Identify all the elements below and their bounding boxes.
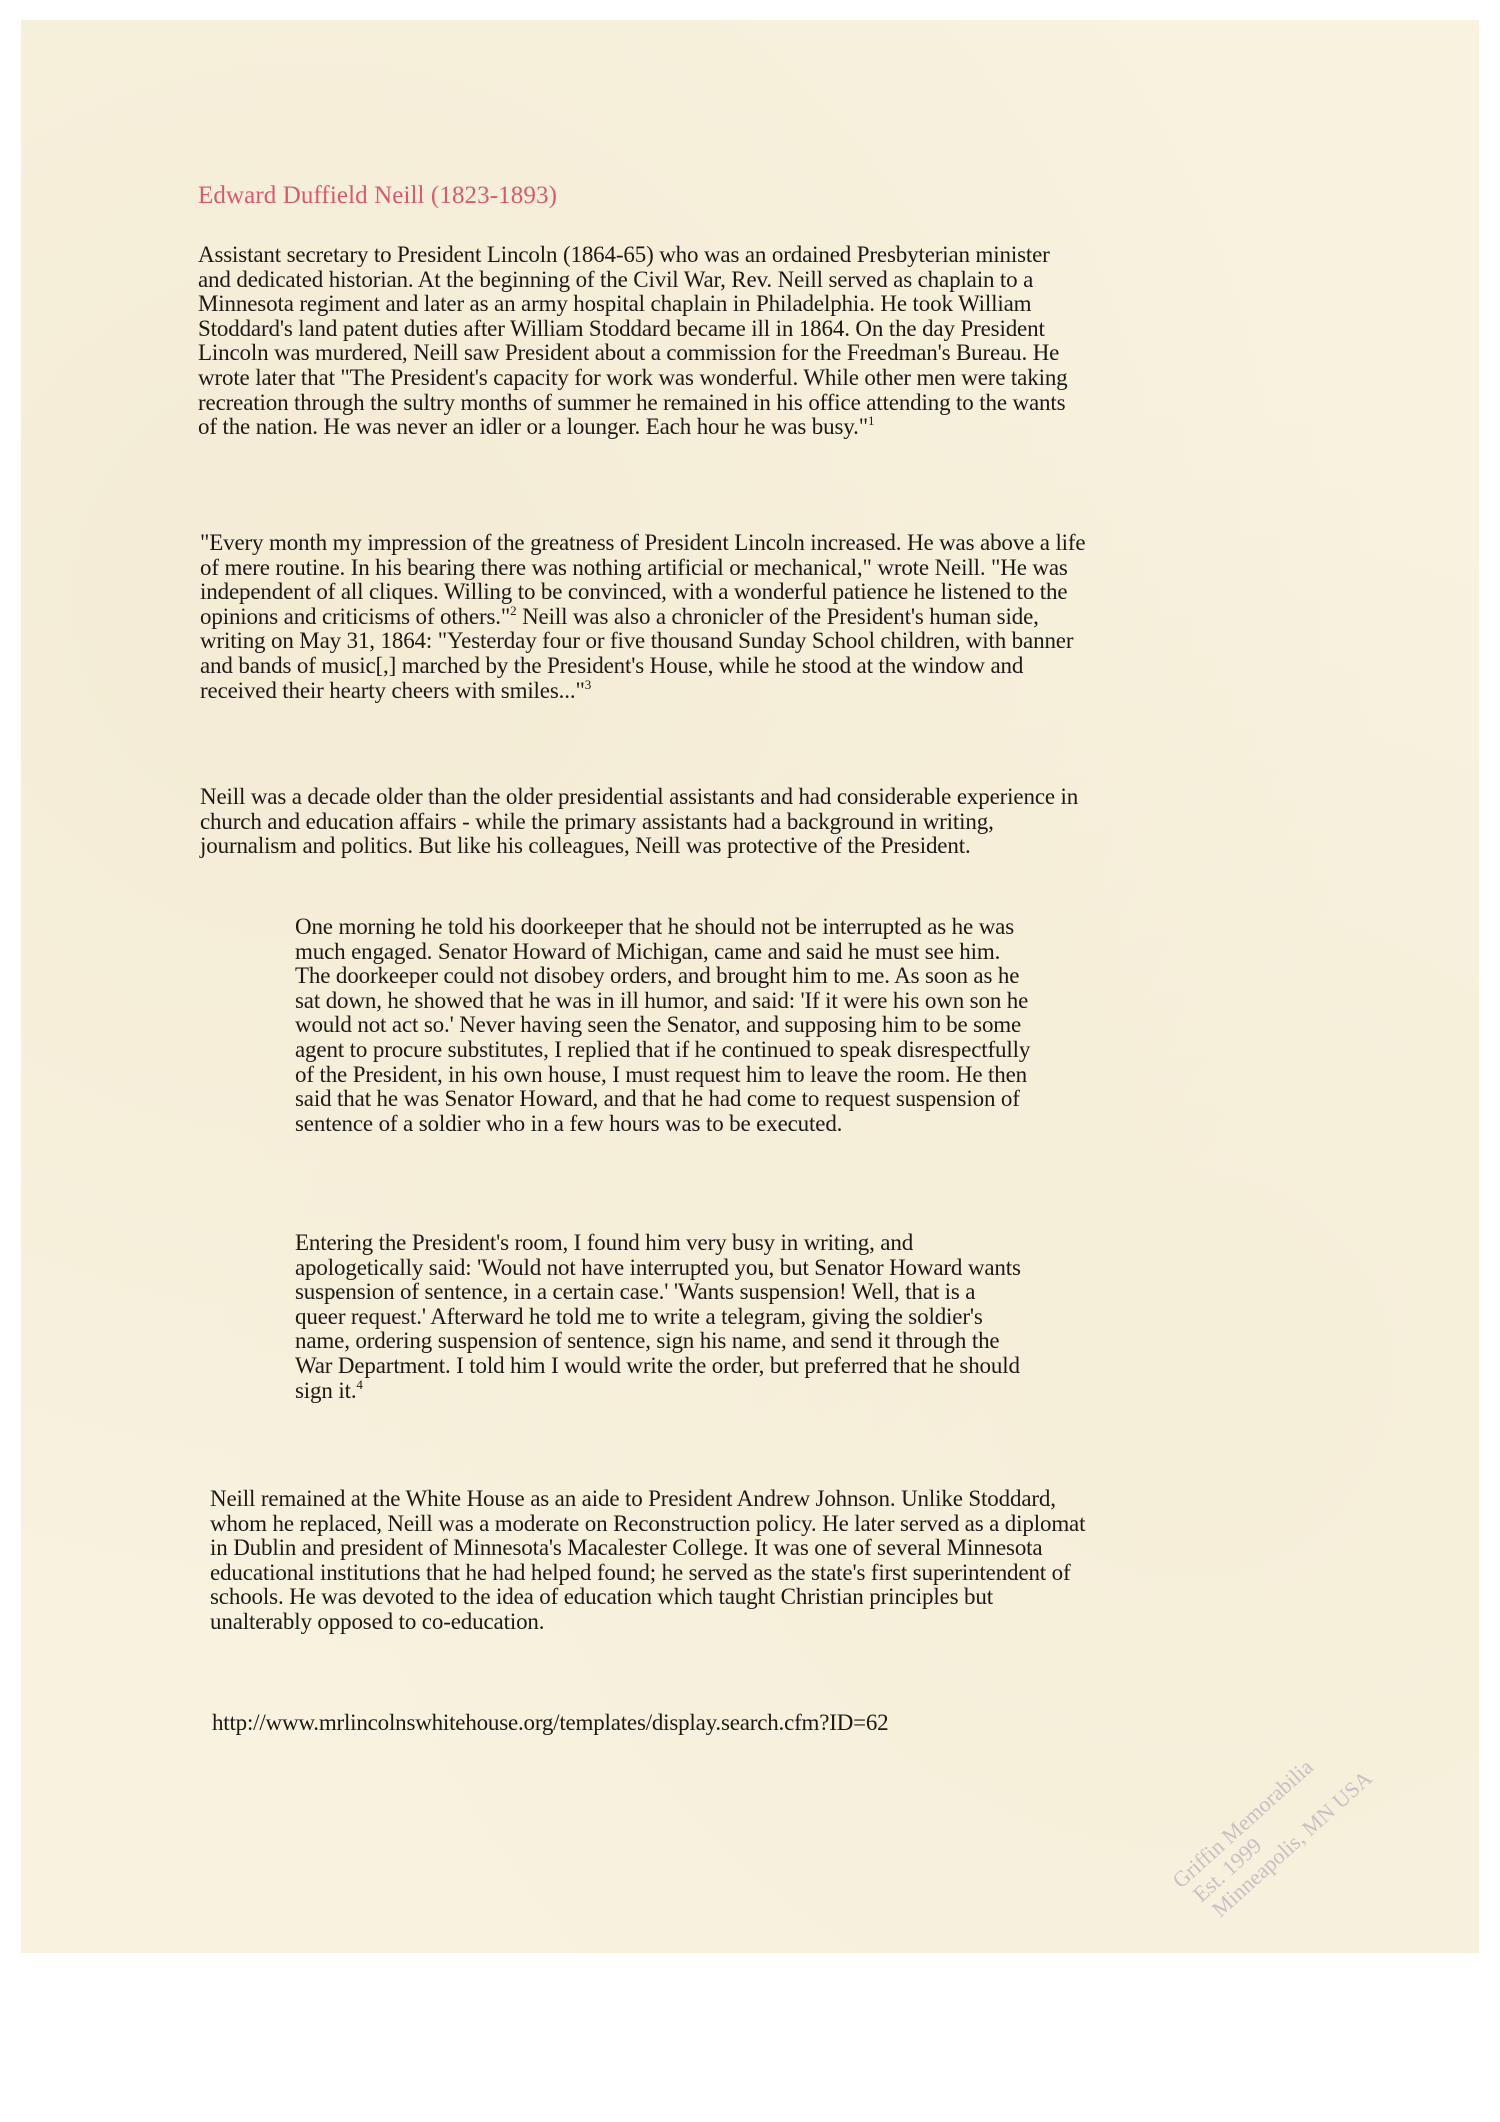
text-line: in Dublin and president of Minnesota's M… bbox=[210, 1536, 1085, 1561]
text-segment: Neill was also a chronicler of the Presi… bbox=[516, 604, 1038, 629]
text-line: wrote later that "The President's capaci… bbox=[198, 366, 1068, 391]
text-line: The doorkeeper could not disobey orders,… bbox=[295, 964, 1030, 989]
blockquote-doorkeeper: One morning he told his doorkeeper that … bbox=[295, 915, 1030, 1136]
footnote-marker: 1 bbox=[868, 413, 874, 428]
memorabilia-stamp: Griffin Memorabilia Est. 1999 Minneapoli… bbox=[1150, 1700, 1410, 1890]
text-line: Stoddard's land patent duties after Will… bbox=[198, 317, 1068, 342]
text-line: of the nation. He was never an idler or … bbox=[198, 415, 1068, 440]
text-line: would not act so.' Never having seen the… bbox=[295, 1013, 1030, 1038]
blockquote-presidents-room: Entering the President's room, I found h… bbox=[295, 1231, 1021, 1403]
paragraph-later-career: Neill remained at the White House as an … bbox=[210, 1487, 1085, 1635]
text-line: One morning he told his doorkeeper that … bbox=[295, 915, 1030, 940]
paragraph-background: Neill was a decade older than the older … bbox=[200, 785, 1078, 859]
text-line: educational institutions that he had hel… bbox=[210, 1561, 1085, 1586]
text-line: recreation through the sultry months of … bbox=[198, 391, 1068, 416]
text-line: "Every month my impression of the greatn… bbox=[200, 531, 1086, 556]
text-line: said that he was Senator Howard, and tha… bbox=[295, 1087, 1030, 1112]
text-segment: sign it. bbox=[295, 1378, 356, 1403]
footnote-marker: 4 bbox=[356, 1377, 362, 1392]
stamp-line-est: Est. 1999 bbox=[1184, 1748, 1361, 1910]
text-line: Entering the President's room, I found h… bbox=[295, 1231, 1021, 1256]
text-line: of the President, in his own house, I mu… bbox=[295, 1063, 1030, 1088]
text-segment: received their hearty cheers with smiles… bbox=[200, 678, 585, 703]
source-url: http://www.mrlincolnswhitehouse.org/temp… bbox=[212, 1710, 888, 1736]
text-line: unalterably opposed to co-education. bbox=[210, 1610, 1085, 1635]
document-title: Edward Duffield Neill (1823-1893) bbox=[198, 182, 557, 210]
text-line: apologetically said: 'Would not have int… bbox=[295, 1256, 1021, 1281]
text-line: opinions and criticisms of others."2 Nei… bbox=[200, 605, 1086, 630]
text-line: Neill remained at the White House as an … bbox=[210, 1487, 1085, 1512]
text-line: Lincoln was murdered, Neill saw Presiden… bbox=[198, 341, 1068, 366]
footnote-marker: 3 bbox=[585, 677, 591, 692]
text-line: War Department. I told him I would write… bbox=[295, 1354, 1021, 1379]
text-line: of mere routine. In his bearing there wa… bbox=[200, 556, 1086, 581]
text-line: and bands of music[,] marched by the Pre… bbox=[200, 654, 1086, 679]
text-line: name, ordering suspension of sentence, s… bbox=[295, 1329, 1021, 1354]
text-line: sentence of a soldier who in a few hours… bbox=[295, 1112, 1030, 1137]
text-segment: of the nation. He was never an idler or … bbox=[198, 414, 868, 439]
text-line: Minnesota regiment and later as an army … bbox=[198, 292, 1068, 317]
text-line: agent to procure substitutes, I replied … bbox=[295, 1038, 1030, 1063]
paragraph-intro: Assistant secretary to President Lincoln… bbox=[198, 243, 1068, 440]
text-line: independent of all cliques. Willing to b… bbox=[200, 580, 1086, 605]
text-line: sign it.4 bbox=[295, 1379, 1021, 1404]
text-line: Assistant secretary to President Lincoln… bbox=[198, 243, 1068, 268]
text-line: and dedicated historian. At the beginnin… bbox=[198, 268, 1068, 293]
text-line: queer request.' Afterward he told me to … bbox=[295, 1305, 1021, 1330]
text-line: whom he replaced, Neill was a moderate o… bbox=[210, 1512, 1085, 1537]
text-line: sat down, he showed that he was in ill h… bbox=[295, 989, 1030, 1014]
text-line: schools. He was devoted to the idea of e… bbox=[210, 1585, 1085, 1610]
paragraph-impression: "Every month my impression of the greatn… bbox=[200, 531, 1086, 703]
text-segment: opinions and criticisms of others." bbox=[200, 604, 510, 629]
text-line: received their hearty cheers with smiles… bbox=[200, 679, 1086, 704]
text-line: journalism and politics. But like his co… bbox=[200, 834, 1078, 859]
text-line: much engaged. Senator Howard of Michigan… bbox=[295, 940, 1030, 965]
text-line: writing on May 31, 1864: "Yesterday four… bbox=[200, 629, 1086, 654]
text-line: Neill was a decade older than the older … bbox=[200, 785, 1078, 810]
text-line: church and education affairs - while the… bbox=[200, 810, 1078, 835]
text-line: suspension of sentence, in a certain cas… bbox=[295, 1280, 1021, 1305]
